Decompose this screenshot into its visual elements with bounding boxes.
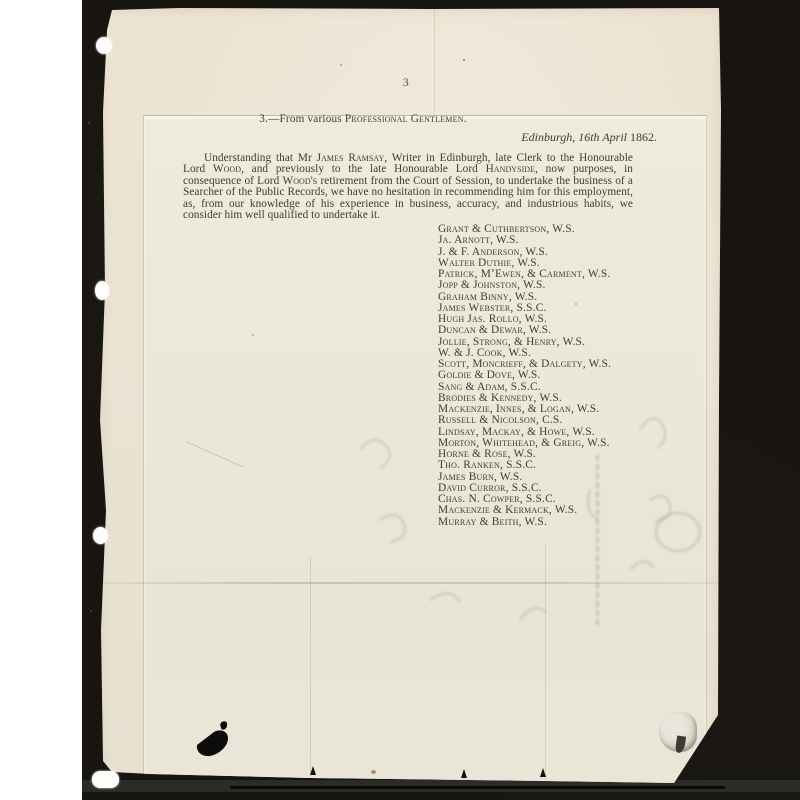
punch-hole (93, 527, 108, 544)
dust-speck (90, 610, 92, 612)
signature-line: Duncan & Dewar, W.S. (438, 325, 668, 336)
text-segment: , and previously to the late Honourable … (241, 163, 486, 175)
heading-smallcaps: Professional Gentlemen. (345, 113, 467, 125)
section-heading: 3.—From various Professional Gentlemen. (183, 113, 543, 125)
dateline: Edinburgh, 16th April 1862. (183, 130, 657, 145)
page-number: 3 (391, 75, 421, 90)
signatures-list: Grant & Cuthbertson, W.S.Ja. Arnott, W.S… (438, 224, 668, 528)
heading-prefix: 3.—From various (259, 113, 345, 125)
signature-line: Ja. Arnott, W.S. (438, 235, 668, 246)
signature-line: Jopp & Johnston, W.S. (438, 280, 668, 291)
printed-text-layer: 3 3.—From various Professional Gentlemen… (0, 0, 800, 800)
text-segment: James Ramsay (317, 152, 385, 164)
text-segment: Wood (213, 163, 241, 175)
signature-line: Murray & Beith, W.S. (438, 517, 668, 528)
signature-line: Tho. Ranken, S.S.C. (438, 460, 668, 471)
signature-line: Russell & Nicolson, C.S. (438, 415, 668, 426)
punch-hole (96, 37, 112, 54)
dateline-place-date: Edinburgh, 16th April (521, 130, 630, 144)
dateline-year: 1862. (630, 130, 657, 144)
text-segment: Handyside (486, 163, 536, 175)
dust-speck (575, 303, 577, 305)
scanned-document-page: { "document": { "page_number": "3", "hea… (0, 0, 800, 800)
dust-speck (252, 334, 254, 336)
signature-line: Mackenzie & Kermack, W.S. (438, 505, 668, 516)
text-segment: Understanding that Mr (204, 152, 317, 164)
dust-speck (463, 59, 465, 61)
dust-speck (88, 122, 90, 124)
dust-speck (340, 64, 342, 66)
punch-hole (92, 771, 119, 788)
signature-line: Goldie & Dove, W.S. (438, 370, 668, 381)
letter-body-paragraph: Understanding that Mr James Ramsay, Writ… (183, 153, 633, 221)
text-segment: Wood's (283, 175, 318, 187)
punch-hole (95, 281, 109, 300)
ink-blot (193, 718, 237, 764)
